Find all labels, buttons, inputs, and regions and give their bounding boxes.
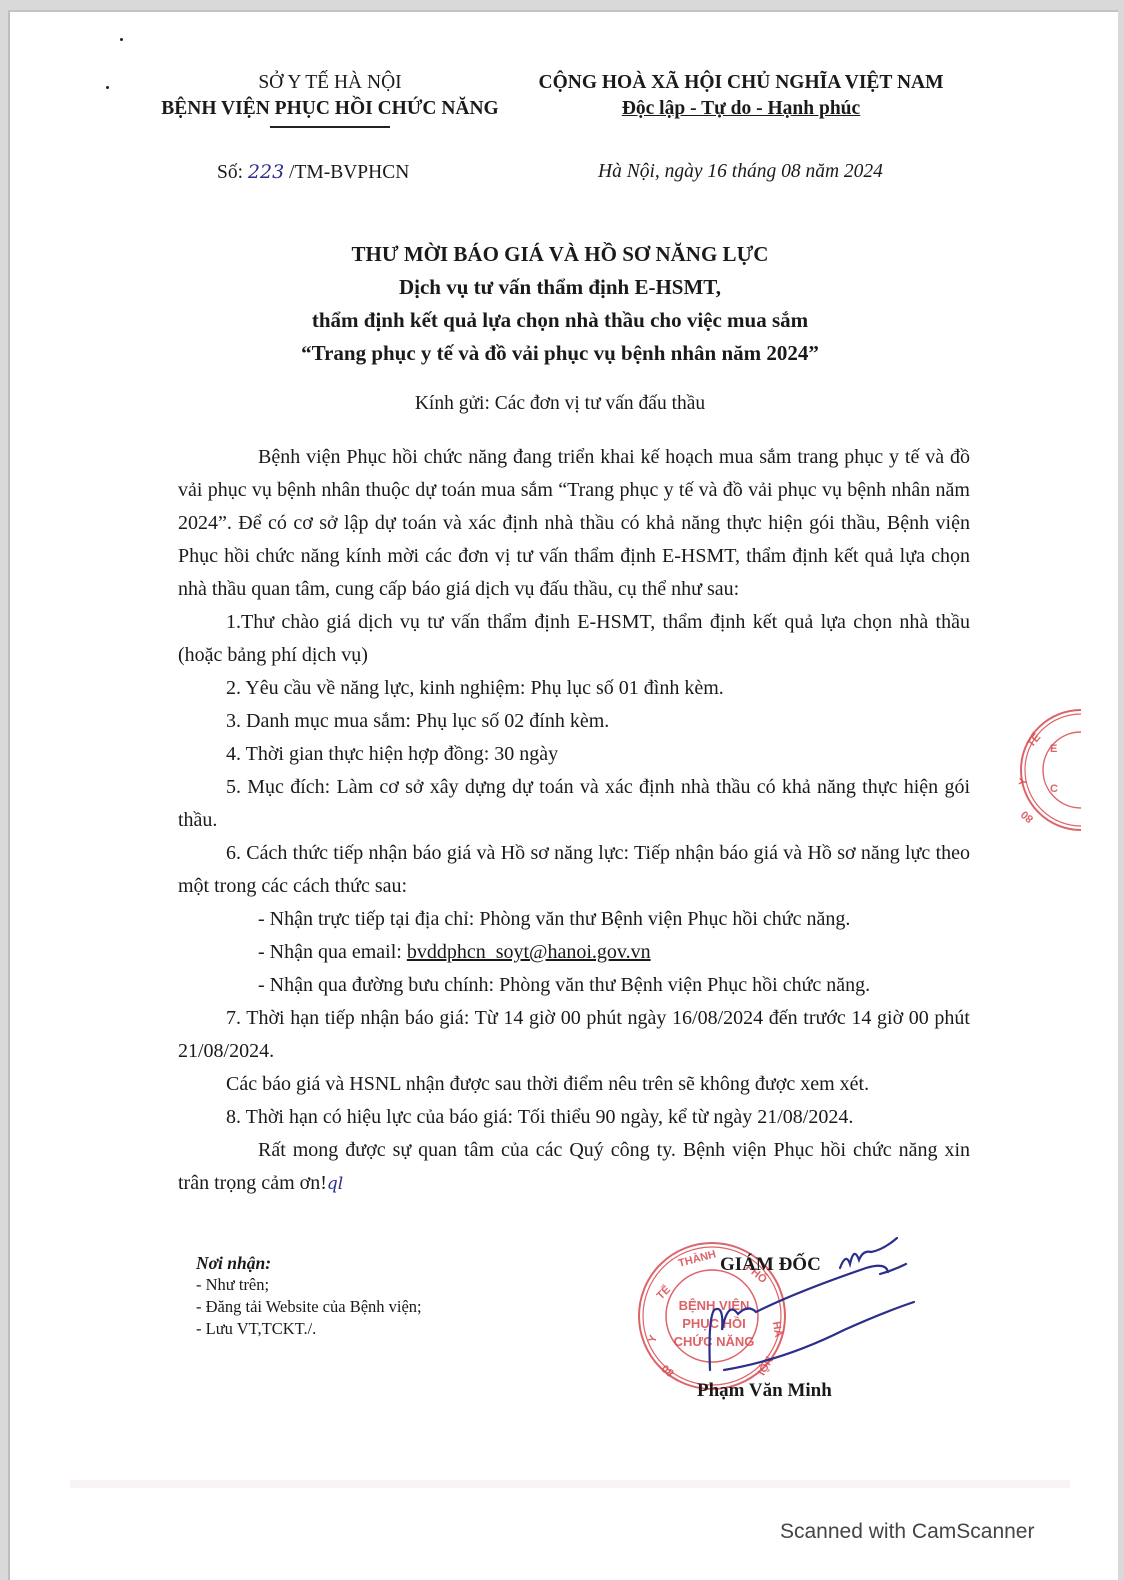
svg-text:80: 80 xyxy=(1019,808,1036,825)
item-1: 1.Thư chào giá dịch vụ tư vấn thẩm định … xyxy=(178,606,970,672)
national-heading: CỘNG HOÀ XÃ HỘI CHỦ NGHĨA VIỆT NAM Độc l… xyxy=(528,70,954,122)
item-6: 6. Cách thức tiếp nhận báo giá và Hồ sơ … xyxy=(178,837,970,903)
title-line: thẩm định kết quả lựa chọn nhà thầu cho … xyxy=(150,304,970,337)
recipient-item: - Như trên; xyxy=(196,1274,422,1296)
place-date: Hà Nội, ngày 16 tháng 08 năm 2024 xyxy=(598,161,883,183)
page-seal-icon: Y TẾ E C 80 xyxy=(1006,690,1116,850)
closing-text: Rất mong được sự quan tâm của các Quý cô… xyxy=(178,1139,970,1194)
title-line: THƯ MỜI BÁO GIÁ VÀ HỒ SƠ NĂNG LỰC xyxy=(150,238,970,271)
item-3: 3. Danh mục mua sắm: Phụ lục số 02 đính … xyxy=(178,705,970,738)
email-link[interactable]: bvddphcn_soyt@hanoi.gov.vn xyxy=(407,941,651,963)
document-number: Số: 223 /TM-BVPHCN xyxy=(217,161,409,184)
country-name: CỘNG HOÀ XÃ HỘI CHỦ NGHĨA VIỆT NAM xyxy=(528,70,954,96)
title-line: “Trang phục y tế và đồ vải phục vụ bệnh … xyxy=(150,337,970,370)
issuing-organization: SỞ Y TẾ HÀ NỘI BỆNH VIỆN PHỤC HỒI CHỨC N… xyxy=(140,70,520,128)
late-note: Các báo giá và HSNL nhận được sau thời đ… xyxy=(178,1068,970,1101)
svg-text:TẾ: TẾ xyxy=(654,1283,673,1302)
intro-paragraph: Bệnh viện Phục hồi chức năng đang triển … xyxy=(178,441,970,606)
item-7: 7. Thời hạn tiếp nhận báo giá: Từ 14 giờ… xyxy=(178,1002,970,1068)
doc-number-suffix: /TM-BVPHCN xyxy=(289,162,409,183)
signatory-title: GIÁM ĐỐC xyxy=(720,1254,821,1276)
item-4: 4. Thời gian thực hiện hợp đồng: 30 ngày xyxy=(178,738,970,771)
email-label: - Nhận qua email: xyxy=(258,941,407,963)
method-email: - Nhận qua email: bvddphcn_soyt@hanoi.go… xyxy=(178,936,970,969)
svg-text:C: C xyxy=(1050,783,1058,795)
title-line: Dịch vụ tư vấn thẩm định E-HSMT, xyxy=(150,271,970,304)
svg-text:E: E xyxy=(1050,743,1057,755)
doc-number-label: Số: xyxy=(217,162,243,183)
svg-text:TẾ: TẾ xyxy=(1024,731,1043,750)
initials-handwritten: ql xyxy=(327,1174,343,1194)
letter-body: Bệnh viện Phục hồi chức năng đang triển … xyxy=(178,441,970,1201)
recipients-heading: Nơi nhận: xyxy=(196,1252,422,1274)
svg-text:Y: Y xyxy=(1017,777,1030,787)
bleed-through-line xyxy=(70,1480,1070,1488)
item-2: 2. Yêu cầu về năng lực, kinh nghiệm: Phụ… xyxy=(178,672,970,705)
scan-speck xyxy=(106,86,109,89)
salutation: Kính gửi: Các đơn vị tư vấn đấu thầu xyxy=(150,393,970,415)
org-name: BỆNH VIỆN PHỤC HỒI CHỨC NĂNG xyxy=(140,96,520,122)
method-direct: - Nhận trực tiếp tại địa chỉ: Phòng văn … xyxy=(178,903,970,936)
divider xyxy=(270,126,390,128)
signatory-name: Phạm Văn Minh xyxy=(697,1380,832,1402)
motto: Độc lập - Tự do - Hạnh phúc xyxy=(528,96,954,122)
item-5: 5. Mục đích: Làm cơ sở xây dựng dự toán … xyxy=(178,771,970,837)
closing: Rất mong được sự quan tâm của các Quý cô… xyxy=(178,1134,970,1201)
method-post: - Nhận qua đường bưu chính: Phòng văn th… xyxy=(178,969,970,1002)
doc-number-handwritten: 223 xyxy=(248,161,284,183)
recipients-block: Nơi nhận: - Như trên; - Đăng tải Website… xyxy=(196,1252,422,1340)
recipient-item: - Đăng tải Website của Bệnh viện; xyxy=(196,1296,422,1318)
scan-speck xyxy=(120,38,123,41)
recipient-item: - Lưu VT,TCKT./. xyxy=(196,1318,422,1340)
item-8: 8. Thời hạn có hiệu lực của báo giá: Tối… xyxy=(178,1101,970,1134)
camscanner-watermark: Scanned with CamScanner xyxy=(780,1520,1034,1544)
org-parent: SỞ Y TẾ HÀ NỘI xyxy=(140,70,520,96)
document-title: THƯ MỜI BÁO GIÁ VÀ HỒ SƠ NĂNG LỰC Dịch v… xyxy=(150,238,970,370)
